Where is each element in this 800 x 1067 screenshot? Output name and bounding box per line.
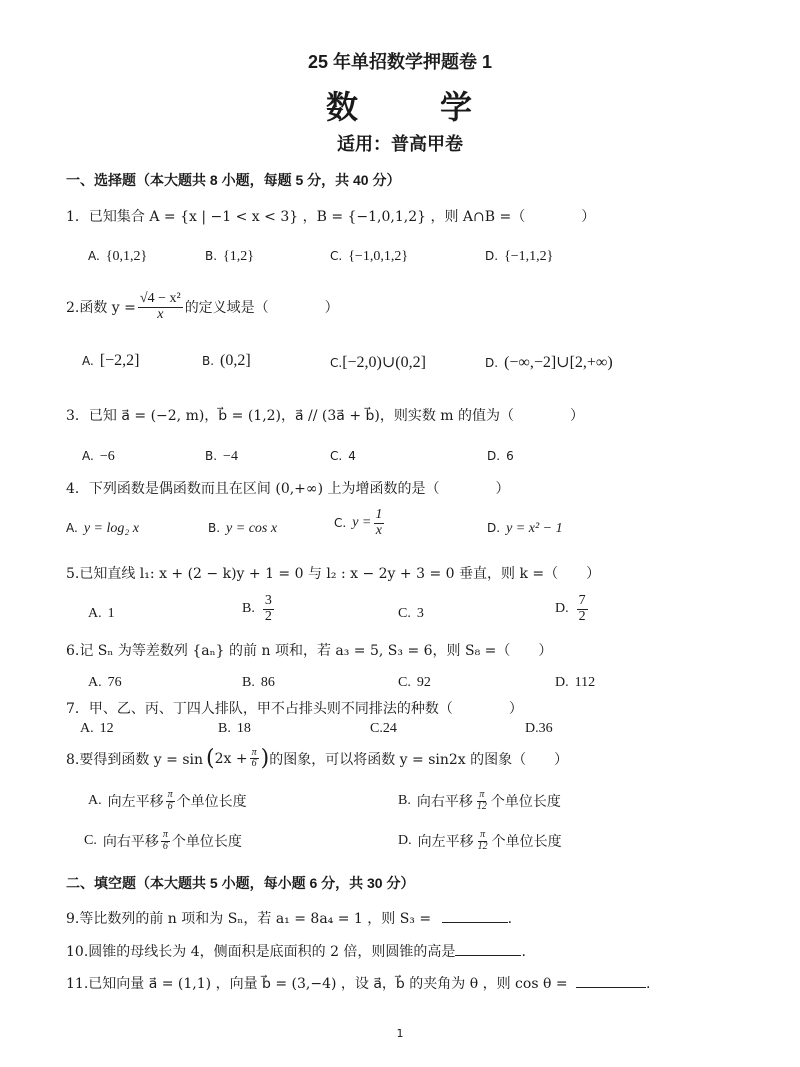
subject-char-1: 数 <box>326 88 360 126</box>
q7-option-a[interactable]: A.12 <box>80 720 114 737</box>
q2-option-d[interactable]: D.(−∞,−2]∪[2,+∞) <box>485 352 613 372</box>
q4-option-a[interactable]: A.y = log₂ x <box>66 520 139 537</box>
q6-option-a[interactable]: A.76 <box>88 674 122 691</box>
q1-option-b[interactable]: B.{1,2} <box>205 248 254 265</box>
subject-heading: 数学 <box>0 82 800 128</box>
exam-page: 25 年单招数学押题卷 1 数学 适用：普高甲卷 一、选择题（本大题共 8 小题… <box>0 0 800 1067</box>
q4-option-c[interactable]: C.y =1x <box>334 508 386 538</box>
q11-answer-blank[interactable] <box>576 974 646 988</box>
q4-option-b[interactable]: B.y = cos x <box>208 520 277 537</box>
q10-answer-blank[interactable] <box>455 942 521 956</box>
question-2-stem: 2.函数 y = √4 − x²x 的定义域是（ ） <box>66 292 339 322</box>
q5-option-d[interactable]: D.72 <box>555 594 590 624</box>
q1-option-d[interactable]: D.{−1,1,2} <box>485 248 553 265</box>
q7-option-c[interactable]: C.24 <box>370 720 397 737</box>
exam-scope: 适用：普高甲卷 <box>0 130 800 156</box>
q7-option-d[interactable]: D.36 <box>525 720 553 737</box>
q3-option-c[interactable]: C.4 <box>330 448 356 464</box>
question-5-stem: 5.已知直线 l₁: x + (2 − k)y + 1 = 0 与 l₂ : x… <box>66 563 600 583</box>
q5-option-a[interactable]: A.1 <box>88 605 115 622</box>
q3-option-d[interactable]: D.6 <box>487 448 514 464</box>
page-number: 1 <box>0 1027 800 1040</box>
question-9: 9.等比数列的前 n 项和为 Sₙ，若 a₁ = 8a₄ = 1 ，则 S₃ =… <box>66 908 512 928</box>
q1-option-c[interactable]: C.{−1,0,1,2} <box>330 248 408 265</box>
section-heading-fill-blank: 二、填空题（本大题共 5 小题，每小题 6 分，共 30 分） <box>66 873 414 893</box>
q9-answer-blank[interactable] <box>442 909 508 923</box>
q8-option-d[interactable]: D.向左平移π12个单位长度 <box>398 830 562 852</box>
q8-option-b[interactable]: B.向右平移π12个单位长度 <box>398 790 561 812</box>
q5-option-b[interactable]: B.32 <box>242 594 276 624</box>
q6-option-c[interactable]: C.92 <box>398 674 431 691</box>
exam-title: 25 年单招数学押题卷 1 <box>0 48 800 74</box>
q1-option-a[interactable]: A.{0,1,2} <box>88 248 147 265</box>
q8-option-a[interactable]: A.向左平移π6个单位长度 <box>88 790 247 812</box>
question-3-stem: 3．已知 a⃗ = (−2, m)，b⃗ = (1,2)，a⃗ // (3a⃗ … <box>66 405 584 425</box>
q6-option-b[interactable]: B.86 <box>242 674 275 691</box>
q3-option-b[interactable]: B.−4 <box>205 448 238 465</box>
question-10: 10.圆锥的母线长为 4，侧面积是底面积的 2 倍，则圆锥的高是. <box>66 941 526 961</box>
q5-option-c[interactable]: C.3 <box>398 605 424 622</box>
question-4-stem: 4．下列函数是偶函数而且在区间 (0,+∞) 上为增函数的是（ ） <box>66 478 509 498</box>
q4-option-d[interactable]: D.y = x² − 1 <box>487 520 563 537</box>
section-heading-choice: 一、选择题（本大题共 8 小题，每题 5 分，共 40 分） <box>66 170 400 190</box>
q3-option-a[interactable]: A.−6 <box>82 448 115 465</box>
q6-option-d[interactable]: D.112 <box>555 674 595 691</box>
q4c-fraction: 1x <box>373 508 384 538</box>
q8-option-c[interactable]: C.向右平移π6个单位长度 <box>84 830 242 852</box>
q2-option-b[interactable]: B.(0,2] <box>202 352 251 370</box>
question-11: 11.已知向量 a⃗ = (1,1) ，向量 b⃗ = (3,−4) ，设 a⃗… <box>66 973 650 993</box>
question-6-stem: 6.记 Sₙ 为等差数列 {aₙ} 的前 n 项和，若 a₃ = 5, S₃ =… <box>66 640 552 660</box>
q2-option-c[interactable]: C.[−2,0)∪(0,2] <box>330 352 426 372</box>
question-1-stem: 1．已知集合 A = {x | −1 < x < 3} ，B = {−1,0,1… <box>66 206 595 226</box>
question-8-stem: 8.要得到函数 y = sin ( 2x + π6 ) 的图象，可以将函数 y … <box>66 746 568 771</box>
question-7-stem: 7．甲、乙、丙、丁四人排队，甲不占排头则不同排法的种数（ ） <box>66 698 523 718</box>
q7-option-b[interactable]: B.18 <box>218 720 251 737</box>
subject-char-2: 学 <box>440 88 474 126</box>
q2-option-a[interactable]: A.[−2,2] <box>82 352 140 370</box>
q2-fraction: √4 − x²x <box>138 292 183 322</box>
